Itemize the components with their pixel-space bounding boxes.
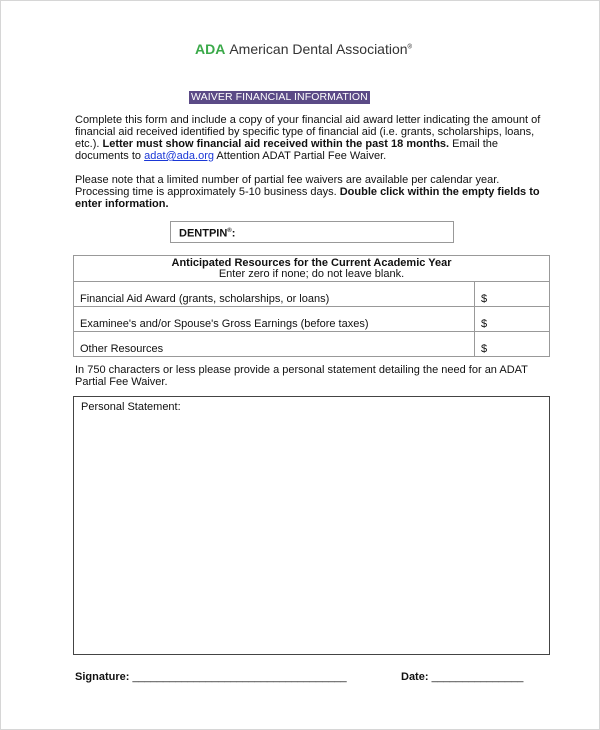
dentpin-field[interactable]: DENTPIN®:	[170, 221, 454, 243]
ada-logo: ADAAmerican Dental Association®	[195, 41, 412, 57]
table-row: Other Resources $	[74, 332, 550, 357]
logo-abbr: ADA	[195, 41, 225, 57]
intro-paragraph: Complete this form and include a copy of…	[75, 114, 553, 162]
table-row: Examinee's and/or Spouse's Gross Earning…	[74, 307, 550, 332]
personal-statement-field[interactable]: Personal Statement:	[73, 396, 550, 655]
dentpin-colon: :	[232, 228, 236, 240]
form-title: WAIVER FINANCIAL INFORMATION	[189, 91, 370, 104]
resource-label: Examinee's and/or Spouse's Gross Earning…	[74, 307, 475, 332]
resource-label: Other Resources	[74, 332, 475, 357]
currency-symbol: $	[481, 293, 487, 305]
currency-symbol: $	[481, 343, 487, 355]
resource-label: Financial Aid Award (grants, scholarship…	[74, 282, 475, 307]
logo-name: American Dental Association	[229, 41, 407, 57]
date-line: _______________	[432, 671, 524, 683]
date-label: Date:	[401, 671, 429, 683]
personal-statement-label: Personal Statement:	[81, 401, 181, 413]
signature-line: ___________________________________	[132, 671, 346, 683]
resource-amount-field[interactable]: $	[475, 332, 550, 357]
signature-label: Signature:	[75, 671, 129, 683]
resources-header: Anticipated Resources for the Current Ac…	[74, 256, 550, 282]
currency-symbol: $	[481, 318, 487, 330]
intro-text-3: Attention ADAT Partial Fee Waiver.	[214, 150, 386, 162]
email-link[interactable]: adat@ada.org	[144, 150, 214, 162]
note-paragraph: Please note that a limited number of par…	[75, 174, 553, 210]
registered-mark: ®	[408, 44, 412, 50]
resources-subheading: Enter zero if none; do not leave blank.	[219, 268, 404, 280]
document-page: ADAAmerican Dental Association® WAIVER F…	[0, 0, 600, 730]
signature-field[interactable]: Signature: _____________________________…	[75, 671, 347, 683]
intro-bold-text: Letter must show financial aid received …	[103, 138, 450, 150]
resource-amount-field[interactable]: $	[475, 282, 550, 307]
statement-instructions: In 750 characters or less please provide…	[75, 364, 553, 388]
date-field[interactable]: Date: _______________	[401, 671, 523, 683]
dentpin-label: DENTPIN	[179, 228, 227, 240]
resource-amount-field[interactable]: $	[475, 307, 550, 332]
resources-table: Anticipated Resources for the Current Ac…	[73, 255, 550, 357]
table-row: Financial Aid Award (grants, scholarship…	[74, 282, 550, 307]
